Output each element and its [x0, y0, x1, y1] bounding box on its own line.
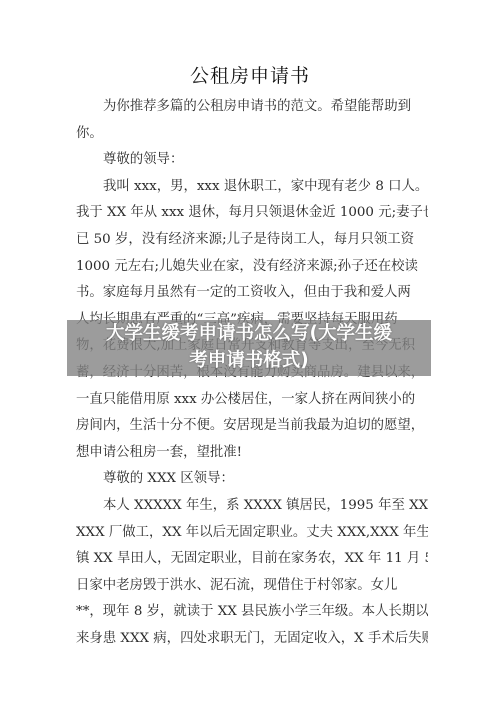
body-line: 我于 XX 年从 xxx 退休，每月只领退休金近 1000 元;妻子也 [76, 200, 428, 227]
body-line: 已 50 岁，没有经济来源;儿子是待岗工人，每月只领工资 [76, 227, 428, 254]
body-line: 房间内，生活十分不便。安居现是当前我最为迫切的愿望， [76, 413, 428, 440]
body-line: **，现年 8 岁，就读于 XX 县民族小学三年级。本人长期以 [76, 599, 428, 626]
body-line: 书。家庭每月虽然有一定的工资收入，但由于我和爱人两 [76, 280, 428, 307]
body-line: 想申请公租房一套，望批准! [76, 440, 428, 467]
body-line: 来身患 XXX 病，四处求职无门，无固定收入，X 手术后失败 [76, 626, 428, 653]
body-line: 你。 [76, 121, 428, 148]
salutation: 尊敬的领导： [76, 147, 428, 174]
body-line: 本人 XXXXX 年生，系 XXXX 镇居民，1995 年至 XX 年在 [76, 493, 428, 520]
body-line: 1000 元左右;儿媳失业在家，没有经济来源;孙子还在校读 [76, 254, 428, 281]
banner-line-2: 考申请书格式) [67, 347, 431, 374]
body-line: 日家中老房毁于洪水、泥石流，现借住于村邻家。女儿 [76, 573, 428, 600]
body-line: 为你推荐多篇的公租房申请书的范文。希望能帮助到 [76, 94, 428, 121]
banner-line-1: 大学生缓考申请书怎么写(大学生缓 [67, 320, 431, 347]
document-page: 公租房申请书 为你推荐多篇的公租房申请书的范文。希望能帮助到 你。 尊敬的领导：… [0, 0, 500, 706]
body-line: XXX 厂做工，XX 年以后无固定职业。丈夫 XXX,XXX 年生，X [76, 520, 428, 547]
overlay-banner-title: 大学生缓考申请书怎么写(大学生缓 考申请书格式) [67, 320, 431, 374]
body-line: 一直只能借用原 xxx 办公楼居住，一家人挤在两间狭小的 [76, 387, 428, 414]
salutation: 尊敬的 XXX 区领导： [76, 466, 428, 493]
body-line: 镇 XX 旱田人，无固定职业，目前在家务农，XX 年 11 月 5 [76, 546, 428, 573]
body-line: 我叫 xxx，男，xxx 退休职工，家中现有老少 8 口人。 [76, 174, 428, 201]
document-title: 公租房申请书 [0, 61, 500, 88]
